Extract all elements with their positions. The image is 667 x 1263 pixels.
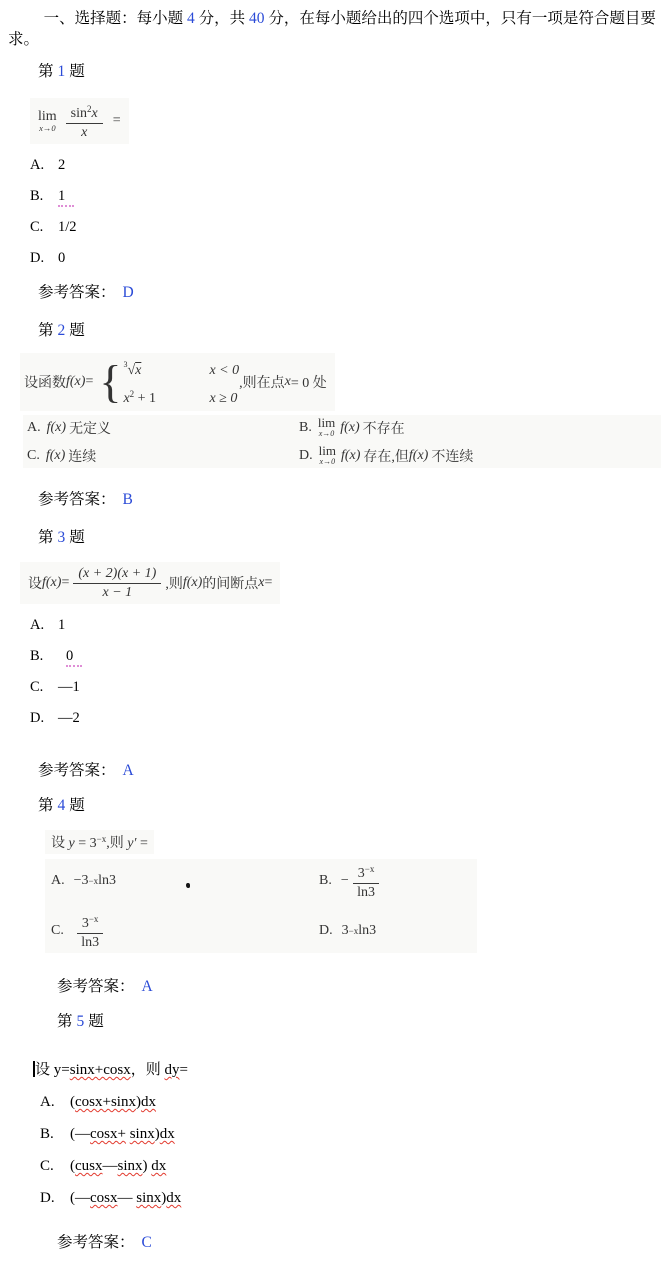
answer-prefix: 参考答案：: [57, 1234, 135, 1251]
option-label: D.: [299, 448, 313, 464]
question-prefix: 第: [57, 1013, 73, 1030]
fraction: (x + 2)(x + 1)x − 1: [73, 566, 161, 600]
option-value: 1/2: [58, 219, 77, 235]
lim-symbol: lim: [318, 417, 335, 428]
exam-document: 一、选择题：每小题 4 分，共 40 分，在每小题给出的四个选项中，只有一项是符…: [0, 0, 667, 1263]
answer-letter: A: [123, 762, 134, 779]
question-suffix: 题: [69, 63, 85, 80]
option-expression: cosx+sinx: [75, 1094, 136, 1110]
section-header: 一、选择题：每小题 4 分，共 40 分，在每小题给出的四个选项中，只有一项是符…: [8, 8, 661, 50]
q4-option-d: D.3−xln3: [319, 911, 471, 951]
option-expression: cosx+: [90, 1126, 126, 1142]
limit-notation: limx→0: [318, 417, 335, 438]
option-label: A.: [30, 155, 58, 175]
fraction-denominator: x − 1: [103, 584, 133, 600]
fraction-numerator: 3−x: [77, 912, 104, 934]
q2-option-a: A.f(x)无定义: [27, 417, 299, 438]
question-suffix: 题: [88, 1013, 104, 1030]
minus-dash: —: [103, 1158, 118, 1174]
answer-letter: D: [123, 284, 134, 301]
minus-dash: —: [118, 1190, 137, 1206]
piecewise-brace: {: [99, 359, 121, 405]
ln3: ln3: [358, 923, 376, 939]
option-value: —2: [58, 710, 80, 726]
base-3: 3: [358, 866, 365, 881]
q3-option-c: C.—1: [30, 677, 661, 697]
option-value: 1: [58, 617, 65, 633]
option-label: C.: [51, 923, 64, 939]
q1-option-a: A.2: [30, 155, 661, 175]
fraction: sin2x x: [66, 102, 103, 140]
sin-function: sin: [71, 106, 87, 121]
q5-option-c: C.(cusx—sinx) dx: [40, 1156, 661, 1176]
option-label: A.: [51, 873, 65, 889]
root-argument: x: [135, 363, 141, 378]
q5-option-a: A.(cosx+sinx)dx: [40, 1092, 661, 1112]
minus-sign: −: [74, 873, 82, 889]
q3-option-a: A.1: [30, 615, 661, 635]
question-suffix: 题: [69, 322, 85, 339]
ink-dot-artifact: [186, 883, 190, 888]
lim-symbol: lim: [319, 445, 336, 456]
option-value: —1: [58, 679, 80, 695]
case-row-1: 3√x x < 0: [123, 356, 239, 380]
answer-prefix: 参考答案：: [38, 762, 116, 779]
stem-intro: 设: [28, 573, 42, 593]
q1-option-d: D.0: [30, 248, 661, 268]
fraction: 3−xln3: [353, 862, 380, 900]
lim-symbol: lim: [38, 110, 57, 123]
header-points-per-question: 4: [187, 10, 195, 27]
q1-option-c: C.1/2: [30, 217, 661, 237]
base-3: 3: [90, 836, 97, 851]
option-label: D.: [319, 923, 333, 939]
exponent: −x: [89, 876, 99, 886]
question-5-title: 第5题: [57, 1012, 661, 1032]
option-label: C.: [30, 677, 58, 697]
differential-dx: dx: [160, 1126, 175, 1142]
q2-option-d: D.limx→0f(x)存在,但f(x)不连续: [299, 445, 657, 466]
option-text: 存在,但: [363, 446, 409, 466]
option-label: B.: [40, 1124, 70, 1144]
differential-dy: dy: [164, 1062, 179, 1078]
question-4-title: 第4题: [38, 796, 661, 816]
option-label: B.: [319, 873, 332, 889]
question-3-title: 第3题: [38, 528, 661, 548]
question-5-stem: 设 y=sinx+cosx，则 dy=: [33, 1060, 661, 1080]
question-4-number: 4: [58, 797, 66, 814]
stem-outro-2: 的间断点: [202, 573, 258, 593]
limit-notation: limx→0: [319, 445, 336, 466]
option-expression: cusx: [75, 1158, 103, 1174]
stem-mid: ,则: [106, 836, 127, 851]
variable-x: x: [92, 106, 98, 121]
q5-option-b: B.(—cosx+ sinx)dx: [40, 1124, 661, 1144]
limit-notation: limx→0: [38, 110, 57, 133]
lim-subscript: x→0: [319, 429, 335, 438]
q4-answer: 参考答案：A: [57, 977, 661, 997]
differential-dx: dx: [141, 1094, 156, 1110]
option-value: 0: [66, 648, 82, 667]
q5-option-d: D.(—cosx— sinx)dx: [40, 1188, 661, 1208]
equals-sign: =: [179, 1062, 187, 1078]
q3-option-d: D.—2: [30, 708, 661, 728]
y-equals: y=: [54, 1062, 70, 1078]
question-3-number: 3: [58, 529, 66, 546]
stem-outro-1: ,则: [165, 573, 183, 593]
minus-sign: −: [341, 873, 349, 889]
question-2-title: 第2题: [38, 321, 661, 341]
fraction-numerator: 3−x: [353, 862, 380, 884]
answer-prefix: 参考答案：: [57, 978, 135, 995]
piecewise-cases: 3√x x < 0 x2 + 1 x ≥ 0: [123, 356, 239, 408]
option-label: C.: [27, 448, 40, 464]
answer-prefix: 参考答案：: [38, 284, 116, 301]
q4-option-c: C.3−xln3: [51, 911, 319, 951]
fraction-denominator: ln3: [81, 934, 99, 950]
case-2-expression: x2 + 1: [123, 385, 209, 408]
q2-answer: 参考答案：B: [38, 490, 661, 510]
header-total-points: 40: [249, 10, 265, 27]
case-row-2: x2 + 1 x ≥ 0: [123, 385, 239, 408]
option-expression: cosx: [90, 1190, 118, 1206]
q3-option-b: B.0: [30, 646, 661, 666]
base-3: 3: [82, 916, 89, 931]
q1-option-b: B.1: [30, 186, 661, 206]
differential-dx: dx: [166, 1190, 181, 1206]
option-text-2: 不连续: [431, 446, 473, 466]
question-2-number: 2: [58, 322, 66, 339]
q2-options-image: A.f(x)无定义 B.limx→0f(x)不存在 C.f(x)连续 D.lim…: [23, 415, 661, 468]
paren-open: (—: [70, 1190, 90, 1206]
option-text: 连续: [68, 446, 96, 466]
q1-answer: 参考答案：D: [38, 283, 661, 303]
function-fx: f(x): [47, 420, 66, 436]
option-label: D.: [30, 708, 58, 728]
lim-subscript: x→0: [320, 457, 336, 466]
function-fx: f(x): [409, 448, 428, 464]
question-5-number: 5: [77, 1013, 85, 1030]
fraction-numerator: sin2x: [66, 102, 103, 124]
function-fx: f(x): [183, 575, 202, 591]
case-2-condition: x ≥ 0: [209, 390, 237, 408]
option-value: 0: [58, 250, 65, 266]
option-value: 1: [58, 188, 74, 207]
function-fx: f(x): [46, 448, 65, 464]
q2-option-c: C.f(x)连续: [27, 445, 299, 466]
fraction-denominator: ln3: [357, 884, 375, 900]
paren-close: ): [143, 1158, 152, 1174]
equals-sign: =: [113, 113, 121, 129]
option-label: D.: [30, 248, 58, 268]
ln3: ln3: [98, 873, 116, 889]
option-value: 2: [58, 157, 65, 173]
option-text: 无定义: [69, 418, 111, 438]
option-label: C.: [40, 1156, 70, 1176]
equals-sign: =: [61, 575, 69, 591]
case-1-condition: x < 0: [209, 362, 239, 380]
q4-option-a: A.− 3−xln3: [51, 861, 319, 901]
exponent: −x: [97, 834, 107, 844]
option-label: A.: [27, 420, 41, 436]
question-2-formula-image: 设函数f(x) = { 3√x x < 0 x2 + 1 x ≥ 0 ,则在点 …: [20, 353, 335, 411]
option-expression-2: sinx: [136, 1190, 161, 1206]
question-prefix: 第: [38, 322, 54, 339]
paren-open: (—: [70, 1126, 90, 1142]
function-fx: f(x): [340, 420, 359, 436]
option-label: A.: [40, 1092, 70, 1112]
function-fx: f(x): [66, 374, 85, 390]
q4-options-image: A.− 3−xln3 B.− 3−xln3 C.3−xln3 D.3−xln3: [45, 859, 477, 953]
question-4-formula-image: 设 y = 3−x,则 y′ =: [45, 830, 154, 854]
question-3-formula-image: 设f(x) = (x + 2)(x + 1)x − 1 ,则f(x) 的间断点 …: [20, 562, 280, 604]
case-1-expression: 3√x: [123, 356, 209, 380]
q5-answer: 参考答案：C: [57, 1233, 661, 1253]
header-text-1: 一、选择题：每小题: [44, 10, 187, 27]
stem-outro-1: ,则在点: [239, 372, 285, 392]
lim-subscript: x→0: [39, 124, 56, 133]
question-suffix: 题: [69, 529, 85, 546]
question-prefix: 第: [38, 529, 54, 546]
stem-expression: sinx+cosx: [70, 1062, 131, 1078]
answer-letter: A: [142, 978, 153, 995]
exponent: −x: [365, 864, 375, 874]
root-sign: √: [127, 363, 135, 378]
variable-x: x: [81, 125, 87, 140]
exponent: −x: [349, 926, 359, 936]
option-label: D.: [40, 1188, 70, 1208]
answer-letter: B: [123, 491, 133, 508]
fraction-denominator: x: [81, 124, 87, 140]
equals-sign: =: [136, 836, 147, 851]
stem-intro: 设: [51, 836, 69, 851]
option-label: A.: [30, 615, 58, 635]
question-1-title: 第1题: [38, 62, 661, 82]
equals-sign: =: [264, 575, 272, 591]
option-expression-2: sinx: [118, 1158, 143, 1174]
question-prefix: 第: [38, 63, 54, 80]
q3-answer: 参考答案：A: [38, 761, 661, 781]
question-prefix: 第: [38, 797, 54, 814]
plus-one: + 1: [134, 391, 156, 406]
option-label: B.: [299, 420, 312, 436]
fraction-numerator: (x + 2)(x + 1): [73, 566, 161, 584]
stem-intro: 设: [35, 1062, 54, 1078]
base-3: 3: [342, 923, 349, 939]
function-fx: f(x): [341, 448, 360, 464]
function-fx: f(x): [42, 575, 61, 591]
fraction: 3−xln3: [77, 912, 104, 950]
question-1-formula-image: limx→0 sin2x x =: [30, 98, 129, 144]
equals-sign: =: [85, 374, 93, 390]
option-expression-2: sinx: [130, 1126, 155, 1142]
q4-option-b: B.− 3−xln3: [319, 861, 471, 901]
answer-prefix: 参考答案：: [38, 491, 116, 508]
equals-sign: =: [75, 836, 90, 851]
stem-outro-2: = 0 处: [291, 372, 327, 392]
option-label: C.: [30, 217, 58, 237]
question-suffix: 题: [69, 797, 85, 814]
answer-letter: C: [142, 1234, 152, 1251]
question-1-number: 1: [58, 63, 66, 80]
base-3: 3: [82, 873, 89, 889]
q2-option-b: B.limx→0f(x)不存在: [299, 417, 657, 438]
option-label: B.: [30, 646, 58, 666]
stem-mid: ，则: [131, 1062, 165, 1078]
stem-intro: 设函数: [24, 372, 66, 392]
option-text: 不存在: [363, 418, 405, 438]
option-label: B.: [30, 186, 58, 206]
exponent: −x: [89, 914, 99, 924]
differential-dx: dx: [151, 1158, 166, 1174]
header-text-2: 分，共: [195, 10, 249, 27]
